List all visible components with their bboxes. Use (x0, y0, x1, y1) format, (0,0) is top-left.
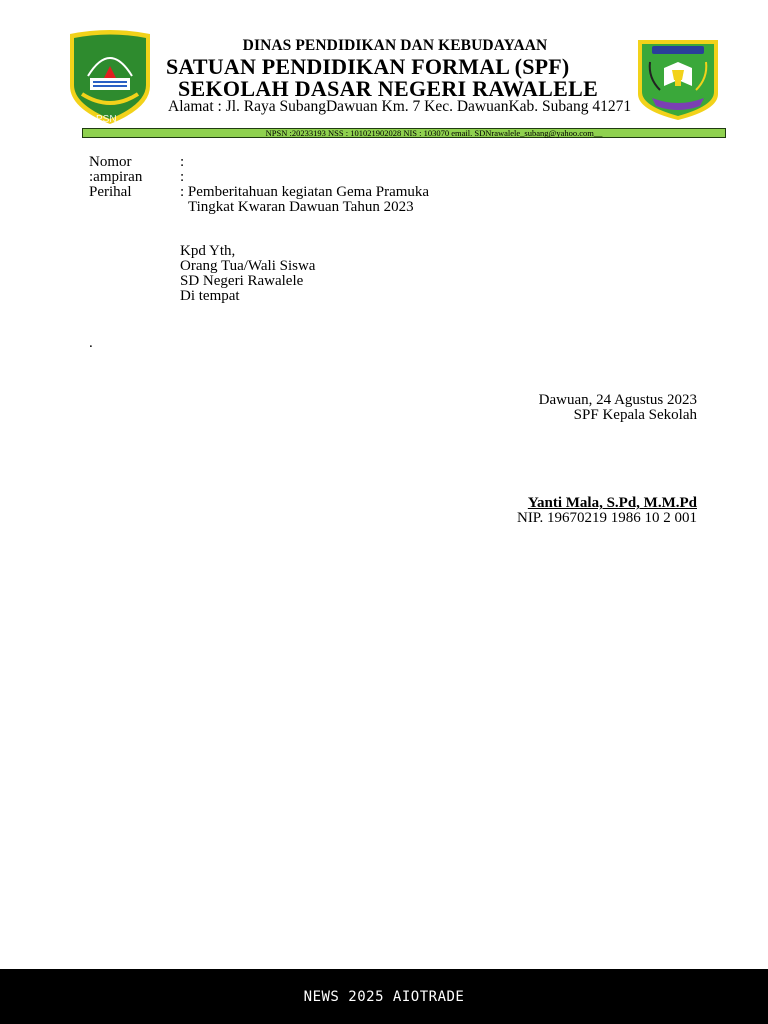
recipient-line-2: Orang Tua/Wali Siswa (180, 259, 315, 274)
lampiran-value: : (180, 170, 184, 185)
signer-name: Yanti Mala, S.Pd, M.M.Pd (528, 496, 697, 511)
recipient-line-1: Kpd Yth, (180, 244, 235, 259)
recipient-line-4: Di tempat (180, 289, 240, 304)
nomor-label: Nomor (89, 155, 132, 170)
perihal-line-2: Tingkat Kwaran Dawuan Tahun 2023 (188, 200, 414, 215)
signer-position: SPF Kepala Sekolah (574, 408, 697, 423)
info-bar-text: NPSN :20233193 NSS : 101021902028 NIS : … (83, 127, 725, 139)
header-address: Alamat : Jl. Raya SubangDawuan Km. 7 Kec… (168, 98, 631, 116)
signer-nip: NIP. 19670219 1986 10 2 001 (517, 511, 697, 526)
info-bar: NPSN :20233193 NSS : 101021902028 NIS : … (82, 128, 726, 138)
body-mark: . (89, 335, 93, 352)
perihal-label: Perihal (89, 185, 132, 200)
nomor-value: : (180, 155, 184, 170)
perihal-line-1: : Pemberitahuan kegiatan Gema Pramuka (180, 185, 429, 200)
lampiran-label: :ampiran (89, 170, 142, 185)
header-agency: DINAS PENDIDIKAN DAN KEBUDAYAAN (0, 37, 768, 55)
recipient-line-3: SD Negeri Rawalele (180, 274, 303, 289)
place-date: Dawuan, 24 Agustus 2023 (539, 393, 697, 408)
footer-banner: NEWS 2025 AIOTRADE (0, 969, 768, 1024)
overlap-fragment: PSN (96, 114, 117, 125)
footer-text: NEWS 2025 AIOTRADE (304, 989, 465, 1005)
